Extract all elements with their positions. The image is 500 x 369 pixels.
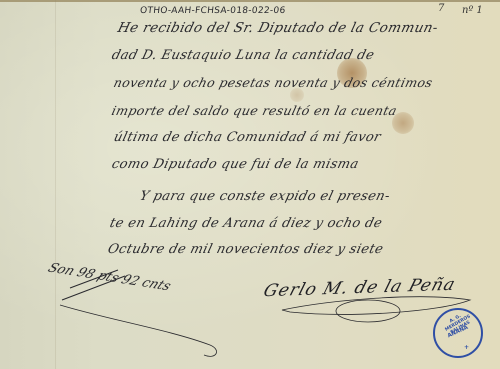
archive-stamp: A. G. MERDEROS SALINAS AÑANA + [433, 308, 483, 358]
stamp-cross-mark: + [464, 344, 469, 351]
signature-flourish [0, 0, 500, 369]
document-page: OTHO-AAH-FCHSA-018-022-06 7 nº 1 He reci… [0, 0, 500, 369]
